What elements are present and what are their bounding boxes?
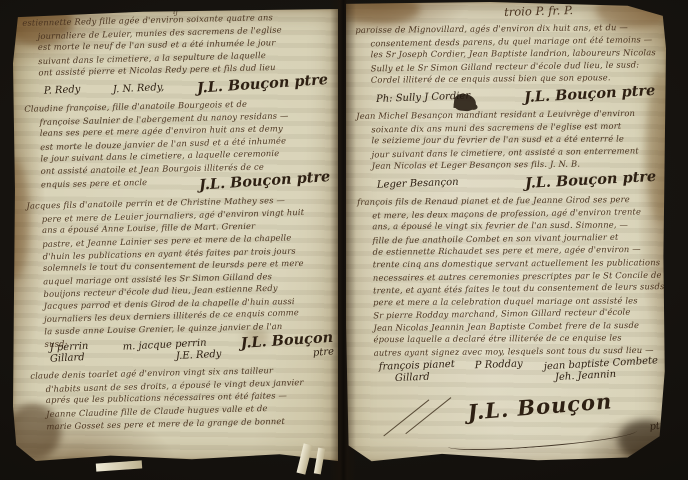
pen-flourish [405,397,451,434]
marriage-record-francois-pianet: françois fils de Renaud pianet et de fue… [357,193,666,384]
signature: J.L. Bouçon [466,388,613,425]
record-text: claude denis toarlet agé d'environ vingt… [30,363,343,433]
record-text: Jacques fils d'anatoile perrin et de Chr… [26,193,341,351]
signature: françois pianet [379,359,455,373]
signature-suffix: ptre [649,419,671,432]
pen-flourish [383,399,429,436]
record-text: estiennette Redy fille agée d'environ so… [22,10,335,80]
burial-record-estiennette-redy: estiennette Redy fille agée d'environ so… [22,10,336,98]
folio-header: troio P. fr. P. [415,1,662,22]
manuscript-line: trente cinq ans domestique servant actue… [373,256,665,271]
marriage-record-claude-denis: claude denis toarlet agé d'environ vingt… [30,363,343,433]
signature-row: Leger BesançonJ.L. Bouçon ptre [357,171,664,191]
record-text: paroisse de Mignovillard, agés d'environ… [355,21,663,87]
left-page: ij estiennette Redy fille agée d'environ… [13,9,338,461]
signature: P. Redy [44,84,81,97]
signature: J.E. Redy [176,349,222,362]
marriage-record-jacques-perrin: Jacques fils d'anatoile perrin et de Chr… [26,193,342,365]
pen-flourish [447,424,638,453]
marriage-record-continuation: paroisse de Mignovillard, agés d'environ… [355,21,663,105]
signature: Leger Besançon [377,177,459,191]
priest-signature-block: J.L. Bouçon ptre [359,388,667,455]
signature: ptre [312,347,334,359]
signature: J.L. Bouçon ptre [523,82,655,106]
record-text: Jean Michel Besançon mandiant residant a… [356,107,664,173]
signature: P Rodday [475,358,523,371]
signature: Gillard [395,371,430,383]
signature: Gillard [50,352,85,365]
record-text: françois fils de Renaud pianet et de fue… [357,193,666,360]
underlying-page-edge [96,460,142,471]
burial-record-jean-michel-besancon: Jean Michel Besançon mandiant residant a… [356,107,664,191]
signature: Jeh. Jeannin [555,369,617,383]
signature-row: Ph: Sully J Cordier.J.L. Bouçon ptre [356,85,663,105]
right-page: troio P. fr. P. paroisse de Mignovillard… [346,2,666,464]
manuscript-line: épouse laquelle a declaré étre illiterée… [373,332,665,347]
signature: J. N. Redy, [113,82,165,95]
manuscript-scan: ij estiennette Redy fille agée d'environ… [0,0,688,480]
signature: J.L. Bouçon ptre [524,168,656,192]
burial-record-claudine-francoise: Claudine françoise, fille d'anatoile Bou… [24,96,338,195]
